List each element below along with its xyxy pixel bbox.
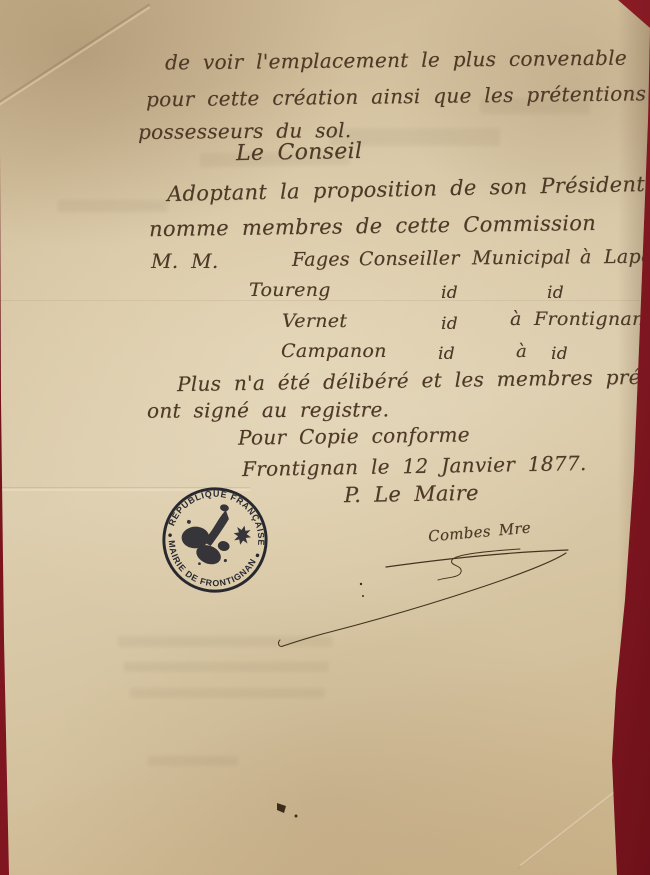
svg-text:RÉPUBLIQUE FRANÇAISE: RÉPUBLIQUE FRANÇAISE — [166, 481, 274, 548]
stamp-arc-bottom-text: MAIRIE DE FRONTIGNAN — [158, 538, 259, 598]
member-name: Fages — [292, 248, 350, 271]
member-row: Fages Conseiller Municipal à Lapeyrade — [292, 245, 650, 271]
show-through-band — [130, 688, 325, 698]
stamp-ring — [156, 481, 274, 599]
flourish-long-stroke — [283, 553, 566, 646]
paper-crease — [0, 489, 250, 491]
member-role: id — [441, 283, 458, 303]
manuscript-line-closing-2: ont signé au registre. — [147, 397, 389, 422]
member-name: Vernet — [282, 310, 347, 332]
photo-backdrop: de voir l'emplacement le plus convenable… — [0, 0, 650, 875]
stamp-separator-dot — [168, 533, 172, 537]
ink-speck — [295, 815, 298, 818]
manuscript-page: de voir l'emplacement le plus convenable… — [0, 0, 650, 875]
member-place: id — [551, 344, 568, 364]
manuscript-line-resolution-1: Adoptant la proposition de son Président — [167, 172, 645, 206]
official-stamp: RÉPUBLIQUE FRANÇAISE MAIRIE DE FRONTIGNA… — [156, 481, 274, 599]
signatory-title-line: P. Le Maire — [344, 481, 479, 507]
member-place: id — [547, 283, 564, 303]
member-connector: à — [516, 341, 527, 362]
paper-crease — [0, 487, 250, 488]
member-place: à Frontignan — [510, 308, 645, 330]
show-through-band — [118, 636, 333, 647]
signature-underline — [386, 550, 568, 567]
ink-speck — [360, 583, 362, 585]
manuscript-line-opening-1: de voir l'emplacement le plus convenable — [165, 46, 627, 75]
member-role: Conseiller Municipal — [359, 246, 571, 270]
manuscript-line-resolution-2: nomme membres de cette Commission — [149, 211, 596, 241]
member-place: à Lapeyrade — [580, 245, 650, 268]
stamp-separator-dot — [255, 553, 259, 557]
members-prefix: M. M. — [151, 249, 219, 273]
paper-crease — [0, 6, 150, 111]
member-name: Campanon — [281, 340, 387, 362]
member-role: id — [438, 344, 455, 364]
show-through-band — [58, 200, 168, 212]
show-through-band — [148, 756, 238, 766]
member-role: id — [441, 314, 458, 334]
svg-text:MAIRIE DE FRONTIGNAN: MAIRIE DE FRONTIGNAN — [158, 538, 259, 598]
manuscript-line-closing-1: Plus n'a été délibéré et les membres pré… — [177, 364, 650, 396]
place-date-line: Frontignan le 12 Janvier 1877. — [242, 451, 587, 481]
paper-crease — [0, 3, 150, 108]
ink-speck — [362, 595, 364, 597]
show-through-band — [124, 662, 329, 672]
signature-curl — [438, 549, 520, 580]
member-name: Toureng — [249, 279, 331, 301]
mayor-signature: Combes Mre — [427, 519, 531, 546]
council-heading: Le Conseil — [236, 139, 363, 166]
certified-copy-line: Pour Copie conforme — [238, 422, 470, 449]
paper-crease — [517, 739, 650, 869]
ink-speck — [277, 803, 286, 813]
stamp-arc-top-text: RÉPUBLIQUE FRANÇAISE — [166, 481, 274, 548]
paper-crease — [520, 736, 650, 867]
stamp-emblem — [174, 496, 257, 575]
